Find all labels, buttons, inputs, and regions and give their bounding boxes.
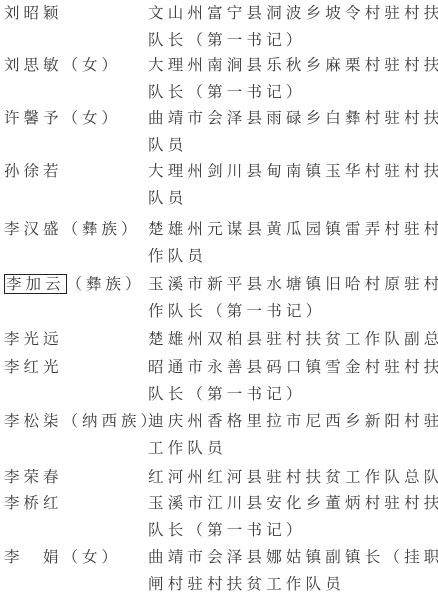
name-text: 孙徐若 <box>4 162 63 180</box>
person-name: 刘思敏（女） <box>4 55 121 75</box>
name-text: 李红光 <box>4 358 63 376</box>
person-name: 李光远 <box>4 329 63 349</box>
position-description: 昭通市永善县码口镇雪金村驻村扶贫工作 队长（第一书记） <box>148 354 438 407</box>
position-description: 迪庆州香格里拉市尼西乡新阳村驻村扶贫 工作队员 <box>148 408 438 461</box>
description-line: 玉溪市新平县水塘镇旧哈村原驻村扶贫工 <box>148 271 438 298</box>
name-text: 许馨予 <box>4 109 63 127</box>
position-description: 楚雄州双柏县驻村扶贫工作队副总队长 <box>148 326 438 353</box>
description-line: 工作队员 <box>148 435 438 462</box>
description-line: 文山州富宁县洞波乡坡令村驻村扶贫工作 <box>148 0 438 27</box>
person-name: 刘昭颖 <box>4 3 63 23</box>
position-description: 大理州剑川县甸南镇玉华村驻村扶贫工作 队员 <box>148 158 438 211</box>
highlighted-name-box: 李加云 <box>4 274 67 294</box>
description-line: 队长（第一书记） <box>148 27 438 54</box>
name-text: 刘思敏 <box>4 56 63 74</box>
description-line: 楚雄州双柏县驻村扶贫工作队副总队长 <box>148 326 438 353</box>
description-line: 迪庆州香格里拉市尼西乡新阳村驻村扶贫 <box>148 408 438 435</box>
description-line: 队员 <box>148 185 438 212</box>
person-name: 李加云（彝族） <box>4 274 145 294</box>
description-line: 队长（第一书记） <box>148 381 438 408</box>
name-suffix: （彝族） <box>63 220 141 238</box>
name-text: 刘昭颖 <box>4 4 63 22</box>
name-text: 李荣春 <box>4 468 63 486</box>
description-line: 曲靖市会泽县雨碌乡白彝村驻村扶贫工作 <box>148 105 438 132</box>
name-text: 李松柒 <box>4 412 63 430</box>
position-description: 大理州南涧县乐秋乡麻栗村驻村扶贫工作 队长（第一书记） <box>148 52 438 105</box>
description-line: 作队长（第一书记） <box>148 298 438 325</box>
person-name: 李汉盛（彝族） <box>4 219 141 239</box>
description-line: 队长（第一书记） <box>148 517 438 544</box>
name-text: 李桥红 <box>4 494 63 512</box>
name-suffix: （女） <box>63 56 122 74</box>
description-line: 昭通市永善县码口镇雪金村驻村扶贫工作 <box>148 354 438 381</box>
name-suffix: （纳西族） <box>63 412 161 430</box>
name-text: 李光远 <box>4 330 63 348</box>
name-text: 李 娟 <box>4 548 63 566</box>
description-line: 作队员 <box>148 243 438 270</box>
description-line: 曲靖市会泽县娜姑镇副镇长（挂职）、大 <box>148 544 438 571</box>
description-line: 队员 <box>148 132 438 159</box>
name-suffix: （彝族） <box>67 275 145 293</box>
person-name: 李荣春 <box>4 467 63 487</box>
person-name: 李红光 <box>4 357 63 377</box>
name-suffix: （女） <box>63 548 122 566</box>
position-description: 文山州富宁县洞波乡坡令村驻村扶贫工作 队长（第一书记） <box>148 0 438 53</box>
description-line: 玉溪市江川县安化乡董炳村驻村扶贫工作 <box>148 490 438 517</box>
description-line: 闸村驻村扶贫工作队员 <box>148 571 438 598</box>
position-description: 红河州红河县驻村扶贫工作队总队长 <box>148 464 438 491</box>
position-description: 玉溪市新平县水塘镇旧哈村原驻村扶贫工 作队长（第一书记） <box>148 271 438 324</box>
description-line: 大理州剑川县甸南镇玉华村驻村扶贫工作 <box>148 158 438 185</box>
person-name: 李 娟（女） <box>4 547 121 567</box>
name-text: 李汉盛 <box>4 220 63 238</box>
person-name: 许馨予（女） <box>4 108 121 128</box>
description-line: 楚雄州元谋县黄瓜园镇雷弄村驻村扶贫工 <box>148 216 438 243</box>
description-line: 队长（第一书记） <box>148 79 438 106</box>
person-name: 孙徐若 <box>4 161 63 181</box>
person-name: 李桥红 <box>4 493 63 513</box>
position-description: 曲靖市会泽县娜姑镇副镇长（挂职）、大 闸村驻村扶贫工作队员 <box>148 544 438 597</box>
person-name: 李松柒（纳西族） <box>4 411 160 431</box>
position-description: 楚雄州元谋县黄瓜园镇雷弄村驻村扶贫工 作队员 <box>148 216 438 269</box>
name-suffix: （女） <box>63 109 122 127</box>
description-line: 大理州南涧县乐秋乡麻栗村驻村扶贫工作 <box>148 52 438 79</box>
position-description: 玉溪市江川县安化乡董炳村驻村扶贫工作 队长（第一书记） <box>148 490 438 543</box>
position-description: 曲靖市会泽县雨碌乡白彝村驻村扶贫工作 队员 <box>148 105 438 158</box>
description-line: 红河州红河县驻村扶贫工作队总队长 <box>148 464 438 491</box>
